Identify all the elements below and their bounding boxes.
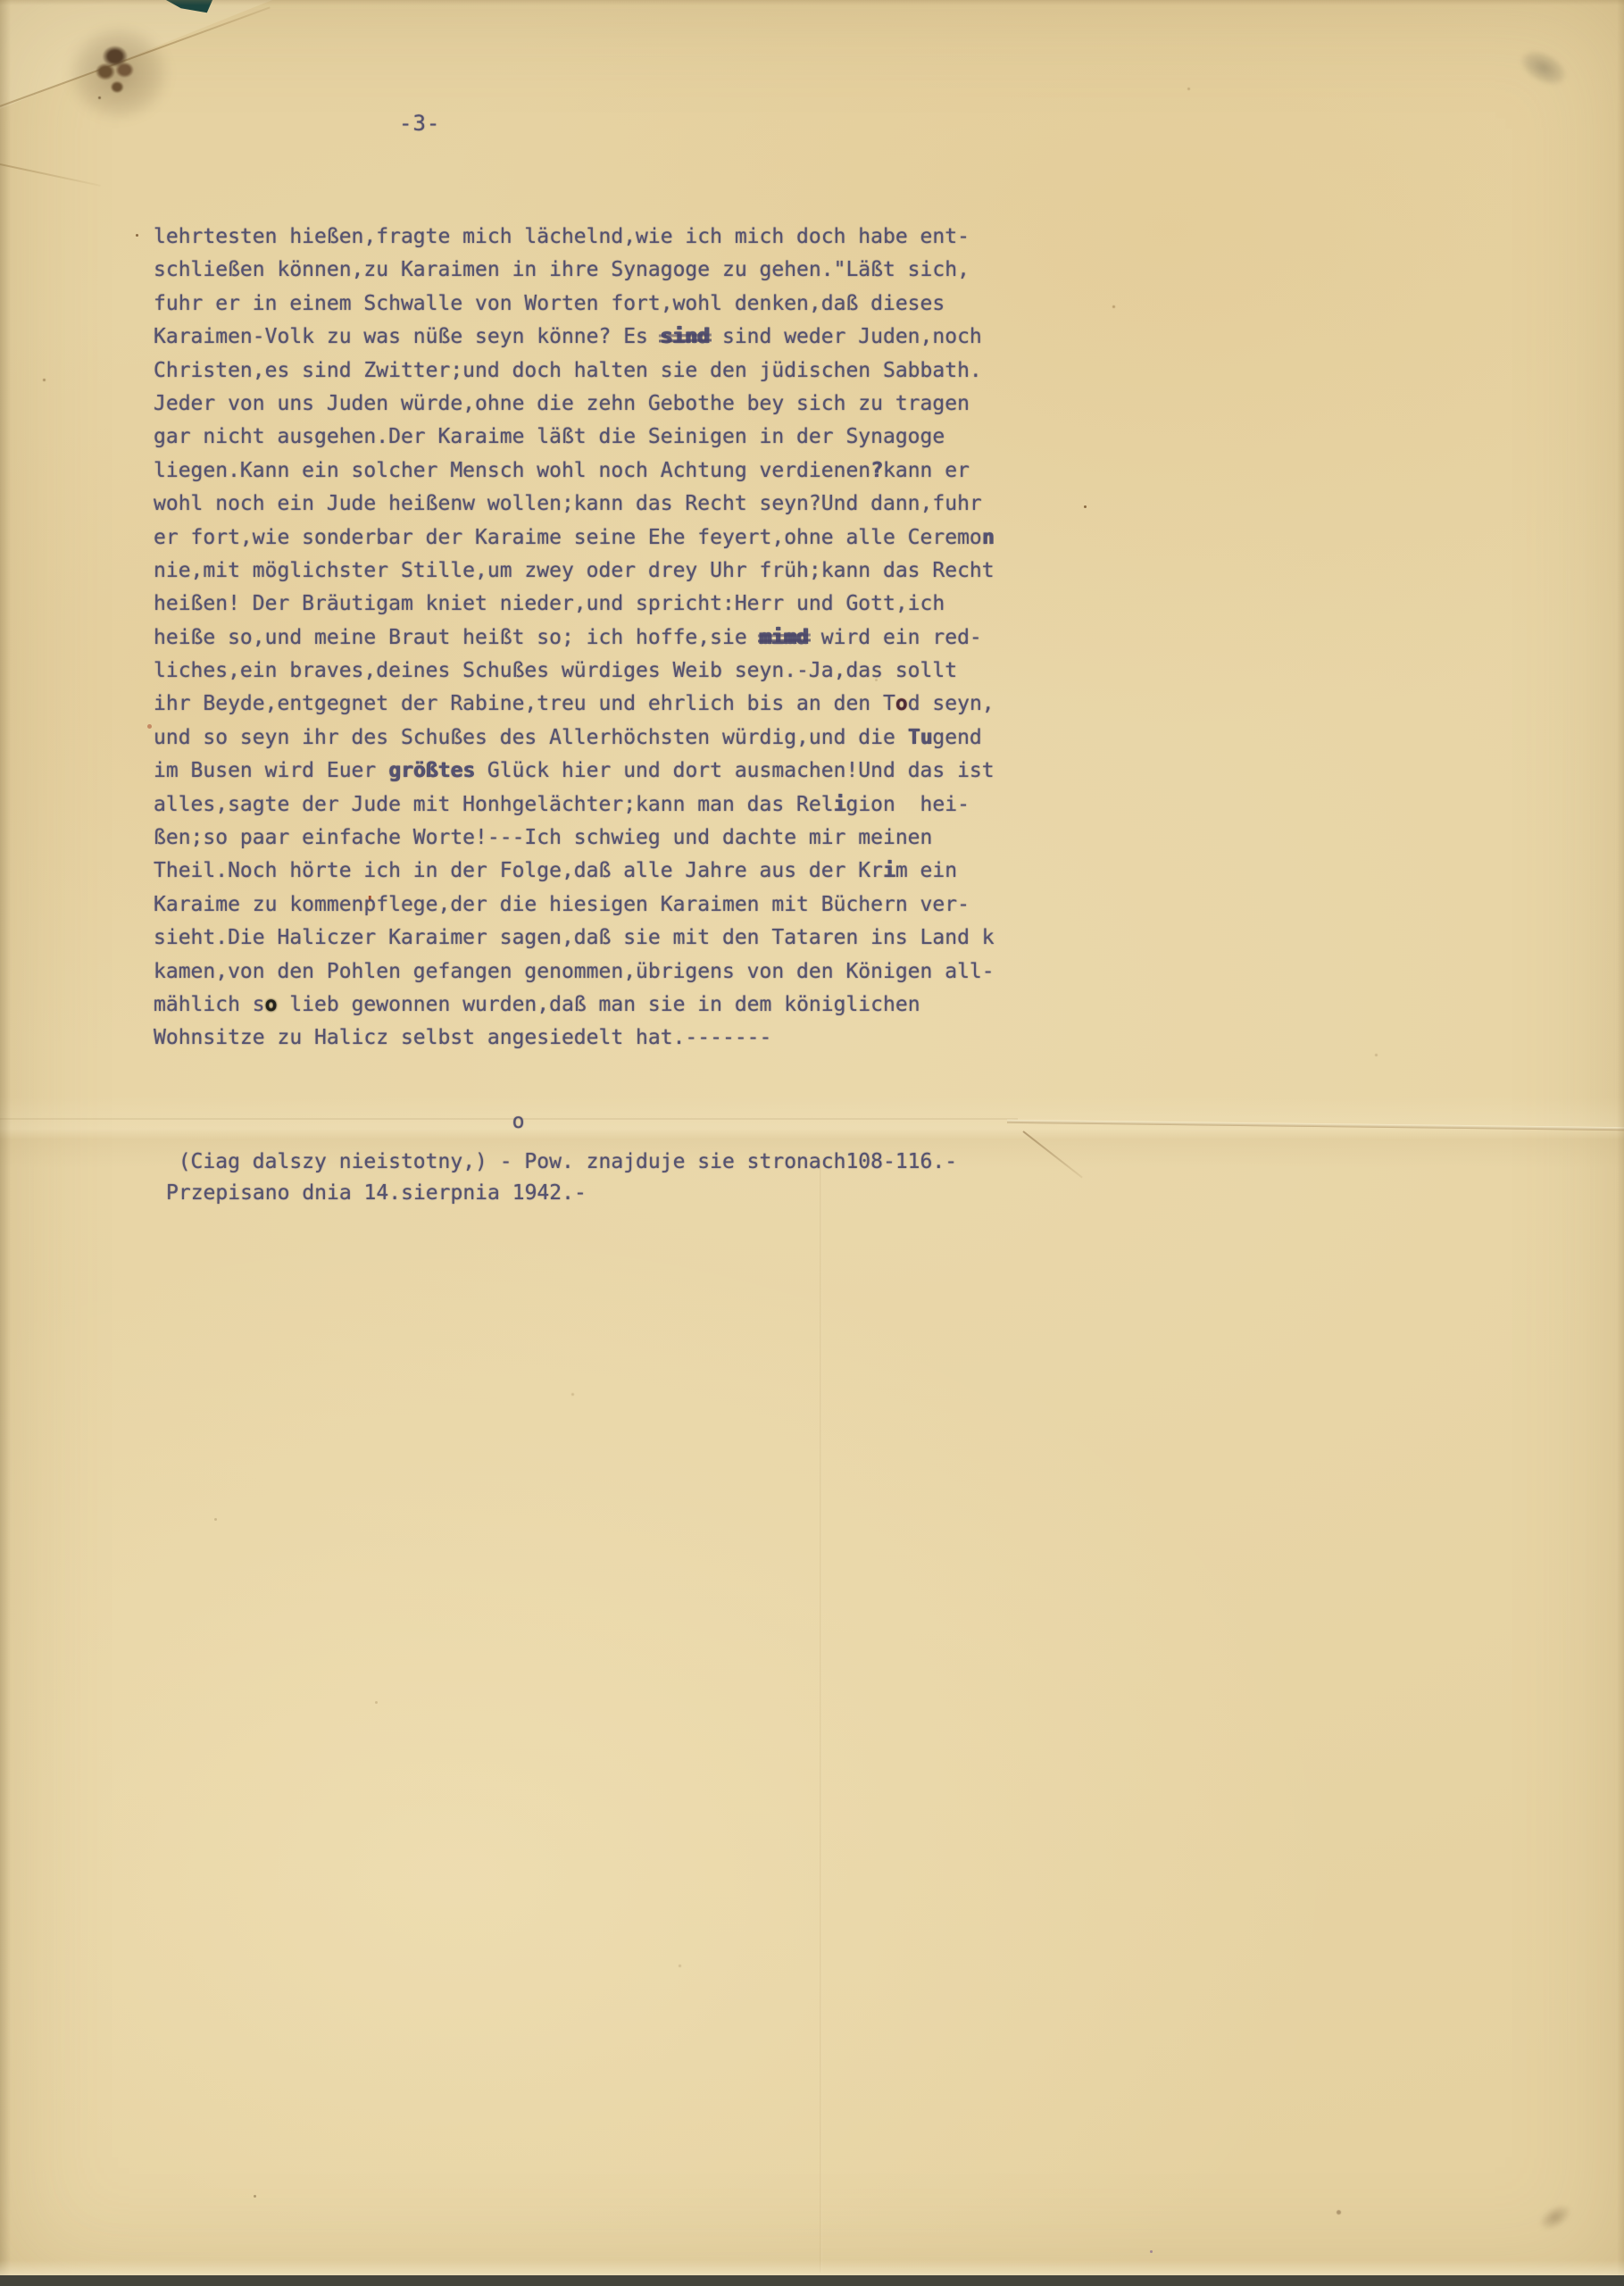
text-segment: Karaime zu kommen — [154, 893, 363, 916]
text-segment: kann er — [883, 459, 970, 482]
text-segment: ihr Beyde,entgegnet der Rabine,treu und … — [154, 692, 895, 715]
overtyped-text: mimd — [760, 626, 809, 649]
text-segment: schließen können,zu Karaimen in ihre Syn… — [154, 258, 970, 281]
text-line: lehrtesten hießen,fragte mich lächelnd,w… — [154, 221, 995, 254]
text-segment: ßen;so paar einfache Worte!---Ich schwie… — [154, 826, 932, 849]
text-segment: m ein — [895, 859, 957, 882]
text-line: heißen! Der Bräutigam kniet nieder,und s… — [154, 588, 995, 621]
text-segment: mählich s — [154, 993, 265, 1016]
diagonal-crease-small — [0, 163, 101, 187]
text-segment: Karaimen-Volk zu was nüße seyn könne? Es — [154, 325, 661, 348]
text-segment: Theil.Noch hörte ich in der Folge,daß al… — [154, 859, 883, 882]
overtyped-text: i — [883, 859, 895, 882]
overtyped-text: ? — [870, 459, 883, 482]
text-line: im Busen wird Euer größtes Glück hier un… — [154, 755, 995, 788]
typewritten-text: lehrtesten hießen,fragte mich lächelnd,w… — [154, 221, 995, 1055]
text-line: kamen,von den Pohlen gefangen genommen,ü… — [154, 955, 995, 989]
scanned-document-page: -3- lehrtesten hießen,fragte mich lächel… — [0, 0, 1624, 2286]
overtyped-text: o — [265, 993, 278, 1016]
ink-stain — [89, 38, 143, 96]
text-segment: wohl noch ein Jude heißenw wollen;kann d… — [154, 492, 982, 515]
text-segment: gar nicht ausgehen.Der Karaime läßt die … — [154, 425, 945, 448]
text-segment: (Ciag dalszy nieistotny,) - Pow. znajduj… — [179, 1150, 957, 1173]
text-segment: lehrtesten hießen,fragte mich lächelnd,w… — [154, 225, 970, 248]
bottom-light-strip — [0, 2260, 1624, 2275]
text-line: fuhr er in einem Schwalle von Worten for… — [154, 288, 995, 321]
vertical-fold — [820, 1161, 822, 2273]
left-edge-shadow — [0, 0, 11, 2286]
text-segment: alles,sagte der Jude mit Honhgelächter;k… — [154, 793, 834, 816]
text-segment: sind weder Juden,noch — [710, 325, 982, 348]
text-segment: Wohnsitze zu Halicz selbst angesiedelt h… — [154, 1026, 771, 1049]
text-line: ihr Beyde,entgegnet der Rabine,treu und … — [154, 688, 995, 721]
text-line: mählich so lieb gewonnen wurden,daß man … — [154, 989, 995, 1022]
text-line: er fort,wie sonderbar der Karaime seine … — [154, 521, 995, 555]
paper-specks — [0, 0, 3, 3]
text-line: heiße so,und meine Braut heißt so; ich h… — [154, 622, 995, 655]
text-segment: heißen! Der Bräutigam kniet nieder,und s… — [154, 592, 945, 615]
text-line: nie,mit möglichster Stille,um zwey oder … — [154, 555, 995, 588]
smudge-top-right — [1506, 37, 1580, 100]
text-line: liegen.Kann ein solcher Mensch wohl noch… — [154, 455, 995, 488]
overtyped-text: sind — [661, 325, 710, 348]
text-line: gar nicht ausgehen.Der Karaime läßt die … — [154, 421, 995, 454]
text-line: Jeder von uns Juden würde,ohne die zehn … — [154, 388, 995, 421]
page-number: -3- — [399, 111, 440, 136]
scan-edge-band — [0, 2275, 1624, 2286]
text-line: und so seyn ihr des Schußes des Allerhöc… — [154, 722, 995, 755]
text-segment: pflege,der die hiesigen Karaimen mit Büc… — [363, 893, 970, 916]
overtyped-text: i — [834, 793, 846, 816]
text-segment: wird ein red- — [809, 626, 982, 649]
text-segment: kamen,von den Pohlen gefangen genommen,ü… — [154, 960, 995, 983]
text-segment: Jeder von uns Juden würde,ohne die zehn … — [154, 392, 970, 415]
overtyped-text: größtes — [388, 759, 475, 782]
overtyped-text: Tu — [908, 726, 933, 749]
text-line: Theil.Noch hörte ich in der Folge,daß al… — [154, 855, 995, 888]
text-line: schließen können,zu Karaimen in ihre Syn… — [154, 254, 995, 287]
text-segment: Christen,es sind Zwitter;und doch halten… — [154, 359, 982, 382]
text-segment: liegen.Kann ein solcher Mensch wohl noch… — [154, 459, 870, 482]
overtyped-text: o — [895, 692, 908, 715]
transcription-line: Przepisano dnia 14.sierpnia 1942.- — [166, 1177, 587, 1210]
text-line: ßen;so paar einfache Worte!---Ich schwie… — [154, 822, 995, 855]
text-segment: sieht.Die Haliczer Karaimer sagen,daß si… — [154, 926, 995, 949]
text-segment: fuhr er in einem Schwalle von Worten for… — [154, 292, 945, 315]
text-line: Karaimen-Volk zu was nüße seyn könne? Es… — [154, 321, 995, 354]
text-segment: Glück hier und dort ausmachen!Und das is… — [475, 759, 995, 782]
footnote-line: o (Ciag dalszy nieistotny,) - Pow. znajd… — [154, 1079, 957, 1179]
text-line: Christen,es sind Zwitter;und doch halten… — [154, 355, 995, 388]
text-segment: lieb gewonnen wurden,daß man sie in dem … — [277, 993, 920, 1016]
text-line: wohl noch ein Jude heißenw wollen;kann d… — [154, 488, 995, 521]
text-segment: nie,mit möglichster Stille,um zwey oder … — [154, 559, 995, 582]
text-line: Karaime zu kommen'pflege,der die hiesige… — [154, 889, 995, 922]
overtyped-text: n — [982, 526, 995, 549]
text-segment: gion hei- — [845, 793, 969, 816]
text-segment: im Busen wird Euer — [154, 759, 388, 782]
text-line: Wohnsitze zu Halicz selbst angesiedelt h… — [154, 1022, 995, 1055]
text-line: sieht.Die Haliczer Karaimer sagen,daß si… — [154, 922, 995, 955]
top-edge-shadow — [0, 0, 1624, 5]
text-segment: liches,ein braves,deines Schußes würdige… — [154, 659, 957, 682]
text-line: alles,sagte der Jude mit Honhgelächter;k… — [154, 788, 995, 822]
text-segment: d seyn, — [908, 692, 995, 715]
text-line: liches,ein braves,deines Schußes würdige… — [154, 655, 995, 688]
typed-correction-char: o — [512, 1105, 525, 1139]
smudge-bottom-right — [1528, 2194, 1582, 2241]
text-segment: heiße so,und meine Braut heißt so; ich h… — [154, 626, 760, 649]
text-segment: und so seyn ihr des Schußes des Allerhöc… — [154, 726, 908, 749]
text-segment: er fort,wie sonderbar der Karaime seine … — [154, 526, 982, 549]
text-segment: gend — [932, 726, 981, 749]
right-edge-shadow — [1617, 0, 1624, 2286]
